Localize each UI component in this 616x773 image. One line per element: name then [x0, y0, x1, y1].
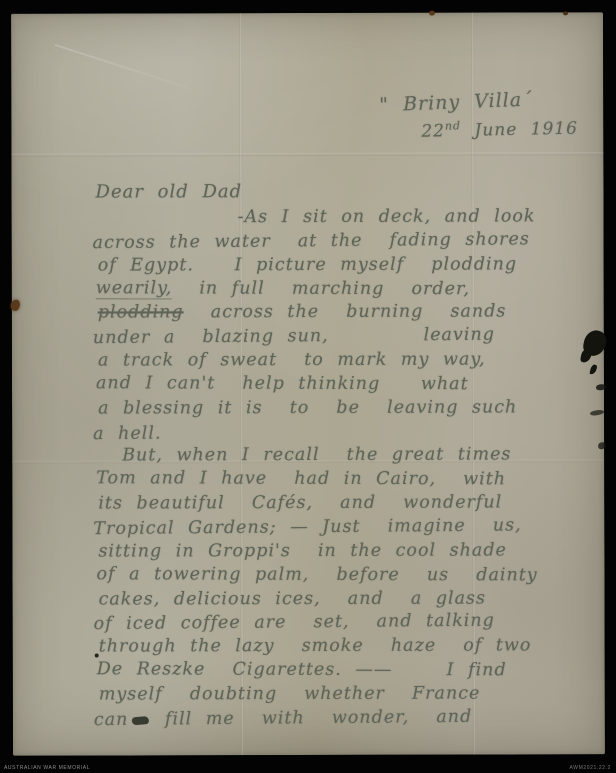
letter-place: " Briny Villa´ — [379, 87, 578, 116]
letter-line: Tropical Gardens; — Just imagine us, — [93, 514, 601, 542]
letter-line: De Reszke Cigarettes. —— I find — [97, 658, 602, 683]
scribbled-out-word — [131, 716, 149, 725]
archive-scan-page: { "colors": { "background": "#030303", "… — [0, 0, 616, 773]
letter-line: -As I sit on deck, and look — [98, 205, 601, 230]
archive-institution-caption: AUSTRALIAN WAR MEMORIAL — [4, 765, 90, 771]
letter-line: Tom and I have had in Cairo, with — [96, 468, 601, 493]
letter-line: and I can't help thinking what — [96, 372, 601, 397]
letter-line: sitting in Groppi's in the cool shade — [98, 539, 601, 564]
paper-speck-top-1 — [429, 11, 435, 16]
letter-date: 22nd June 1916 — [421, 117, 578, 142]
date-month-year: June 1916 — [461, 119, 578, 141]
letter-line: cakes, delicious ices, and a glass — [99, 587, 602, 612]
letter-line: a track of sweat to mark my way, — [98, 348, 601, 373]
line-text: can — [94, 710, 129, 730]
fold-crease-horizontal-top — [11, 152, 603, 157]
letter-salutation: Dear old Dad — [95, 180, 600, 206]
letter-line: wearily, in full marching order, — [96, 277, 601, 302]
letter-line: plodding across the burning sands — [98, 301, 601, 326]
date-day: 22 — [421, 121, 445, 141]
letter-scan-paper: " Briny Villa´ 22nd June 1916 Dear old D… — [11, 12, 605, 756]
underlined-word: wearily, — [96, 278, 173, 299]
letter-line: under a blazing sun, leaving — [93, 323, 601, 351]
letter-header: " Briny Villa´ 22nd June 1916 — [379, 90, 578, 140]
letter-line: a hell. — [93, 418, 601, 446]
letter-line: through the lazy smoke haze of two — [99, 634, 602, 659]
line-text: in full marching order, — [172, 278, 470, 299]
line-text: fill me with wonder, and — [151, 707, 472, 730]
letter-line: a blessing it is to be leaving such — [98, 396, 601, 421]
letter-line: of iced coffee are set, and talking — [94, 609, 602, 637]
archive-catalog-id: AWM2021.22.2 — [570, 765, 611, 771]
letter-line: myself doubting whether France — [99, 682, 602, 707]
line-text: across the burning sands — [184, 302, 507, 323]
letter-line: across the water at the fading shores — [93, 228, 601, 256]
letter-line: its beautiful Cafés, and wonderful — [98, 491, 601, 516]
letter-line: can fill me with wonder, and — [94, 704, 602, 732]
letter-line: of a towering palm, before us dainty — [96, 563, 601, 588]
struck-out-word: plodding — [98, 303, 184, 323]
letter-body: Dear old Dad -As I sit on deck, and look… — [95, 180, 601, 731]
paper-stain-left — [11, 300, 20, 311]
date-ordinal-suffix: nd — [445, 119, 461, 132]
corner-crease — [55, 44, 208, 95]
paper-speck-top-2 — [563, 11, 568, 15]
letter-line: of Egypt. I picture myself plodding — [98, 253, 601, 278]
letter-line: But, when I recall the great times — [98, 444, 601, 469]
